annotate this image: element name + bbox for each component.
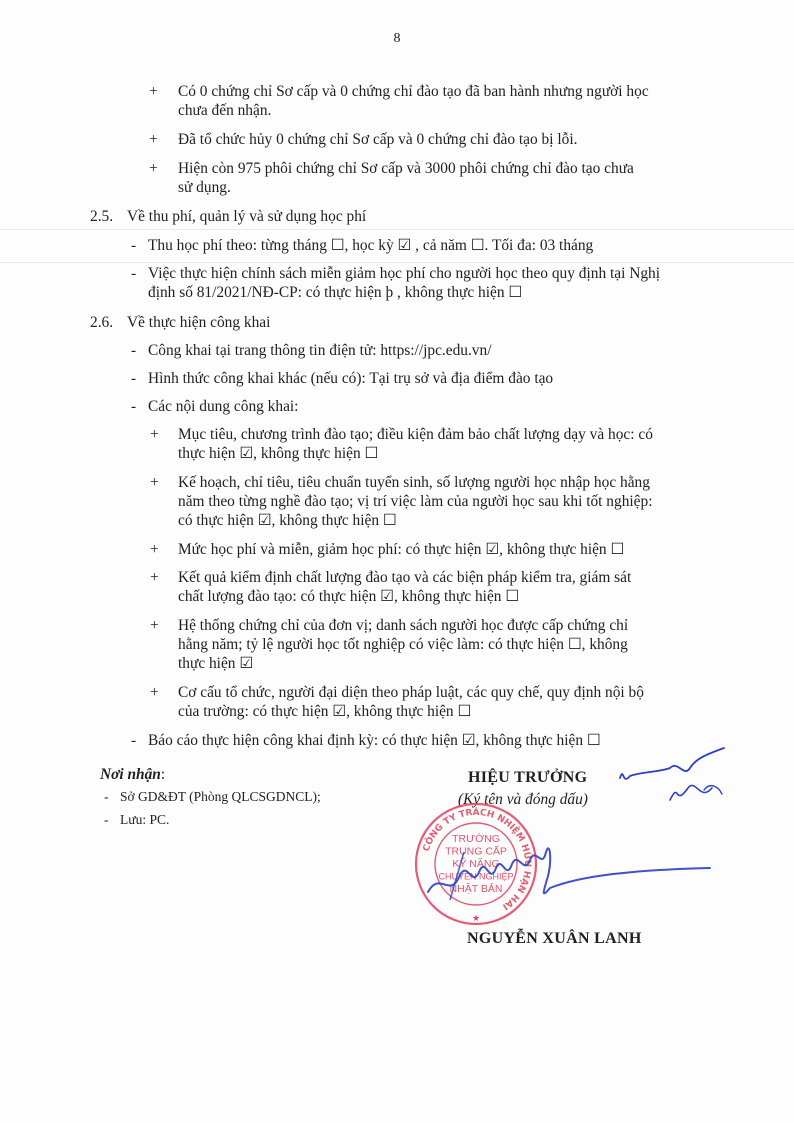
disclosure-website-line: Công khai tại trang thông tin điện tử: h…: [148, 341, 491, 360]
bullet-plus: +: [150, 425, 159, 444]
certificate-cancelled-line: Đã tổ chức hủy 0 chứng chỉ Sơ cấp và 0 c…: [178, 130, 577, 149]
section-2-5-number: 2.5.: [90, 207, 113, 226]
bullet-plus: +: [150, 540, 159, 559]
certificate-issued-line-1: Có 0 chứng chỉ Sơ cấp và 0 chứng chỉ đào…: [178, 82, 649, 101]
content-objectives-line-2: thực hiện ☑, không thực hiện ☐: [178, 444, 378, 463]
signature-title: HIỆU TRƯỞNG: [468, 769, 587, 787]
scan-artifact: [0, 262, 794, 263]
bullet-dash: -: [131, 264, 136, 283]
content-enrollment-line-3: có thực hiện ☑, không thực hiện ☐: [178, 511, 397, 530]
certificate-blank-line-2: sử dụng.: [178, 178, 231, 197]
document-page: 8 + Có 0 chứng chỉ Sơ cấp và 0 chứng chỉ…: [0, 0, 794, 1123]
recipient-archive: Lưu: PC.: [120, 812, 169, 828]
bullet-plus: +: [149, 130, 158, 149]
content-fees-line: Mức học phí và miễn, giảm học phí: có th…: [178, 540, 624, 559]
svg-text:★: ★: [472, 914, 480, 924]
section-2-6-number: 2.6.: [90, 313, 113, 332]
page-number: 8: [0, 31, 794, 47]
tuition-exemption-line-2: định số 81/2021/NĐ-CP: có thực hiện þ , …: [148, 283, 522, 302]
recipients-title-colon: :: [161, 766, 165, 783]
content-structure-line-1: Cơ cấu tổ chức, người đại diện theo pháp…: [178, 683, 644, 702]
content-enrollment-line-1: Kế hoạch, chỉ tiêu, tiêu chuẩn tuyển sin…: [178, 473, 650, 492]
content-certificates-line-3: thực hiện ☑: [178, 654, 253, 673]
recipients-title-text: Nơi nhận: [100, 766, 161, 783]
content-enrollment-line-2: năm theo từng nghề đào tạo; vị trí việc …: [178, 492, 652, 511]
bullet-plus: +: [150, 683, 159, 702]
certificate-issued-line-2: chưa đến nhận.: [178, 101, 271, 120]
bullet-plus: +: [150, 568, 159, 587]
bullet-dash: -: [131, 236, 136, 255]
section-2-5-title: Về thu phí, quản lý và sử dụng học phí: [127, 207, 366, 226]
content-accreditation-line-1: Kết quả kiểm định chất lượng đào tạo và …: [178, 568, 631, 587]
disclosure-other-line: Hình thức công khai khác (nếu có): Tại t…: [148, 369, 553, 388]
handwritten-signature: [420, 830, 720, 910]
bullet-dash: -: [104, 812, 109, 828]
signer-name: NGUYỄN XUÂN LANH: [467, 930, 642, 948]
recipient-department: Sở GD&ĐT (Phòng QLCSGDNCL);: [120, 789, 321, 805]
bullet-plus: +: [149, 159, 158, 178]
disclosure-contents-heading: Các nội dung công khai:: [148, 397, 298, 416]
bullet-plus: +: [150, 616, 159, 635]
recipients-title: Nơi nhận:: [100, 766, 165, 784]
bullet-dash: -: [131, 397, 136, 416]
content-certificates-line-2: hằng năm; tỷ lệ người học tốt nghiệp có …: [178, 635, 628, 654]
section-2-6-title: Về thực hiện công khai: [127, 313, 270, 332]
certificate-blank-line-1: Hiện còn 975 phôi chứng chỉ Sơ cấp và 30…: [178, 159, 634, 178]
tuition-exemption-line-1: Việc thực hiện chính sách miễn giảm học …: [148, 264, 660, 283]
bullet-dash: -: [131, 731, 136, 750]
content-structure-line-2: của trường: có thực hiện ☑, không thực h…: [178, 702, 471, 721]
bullet-plus: +: [150, 473, 159, 492]
bullet-dash: -: [131, 369, 136, 388]
bullet-dash: -: [104, 789, 109, 805]
tuition-collection-line: Thu học phí theo: từng tháng ☐, học kỳ ☑…: [148, 236, 593, 255]
bullet-plus: +: [149, 82, 158, 101]
periodic-report-line: Báo cáo thực hiện công khai định kỳ: có …: [148, 731, 601, 750]
content-objectives-line-1: Mục tiêu, chương trình đào tạo; điều kiệ…: [178, 425, 653, 444]
content-certificates-line-1: Hệ thống chứng chỉ của đơn vị; danh sách…: [178, 616, 628, 635]
initial-signature: [600, 738, 730, 808]
content-accreditation-line-2: chất lượng đào tạo: có thực hiện ☑, khôn…: [178, 587, 519, 606]
scan-artifact: [0, 229, 794, 230]
bullet-dash: -: [131, 341, 136, 360]
